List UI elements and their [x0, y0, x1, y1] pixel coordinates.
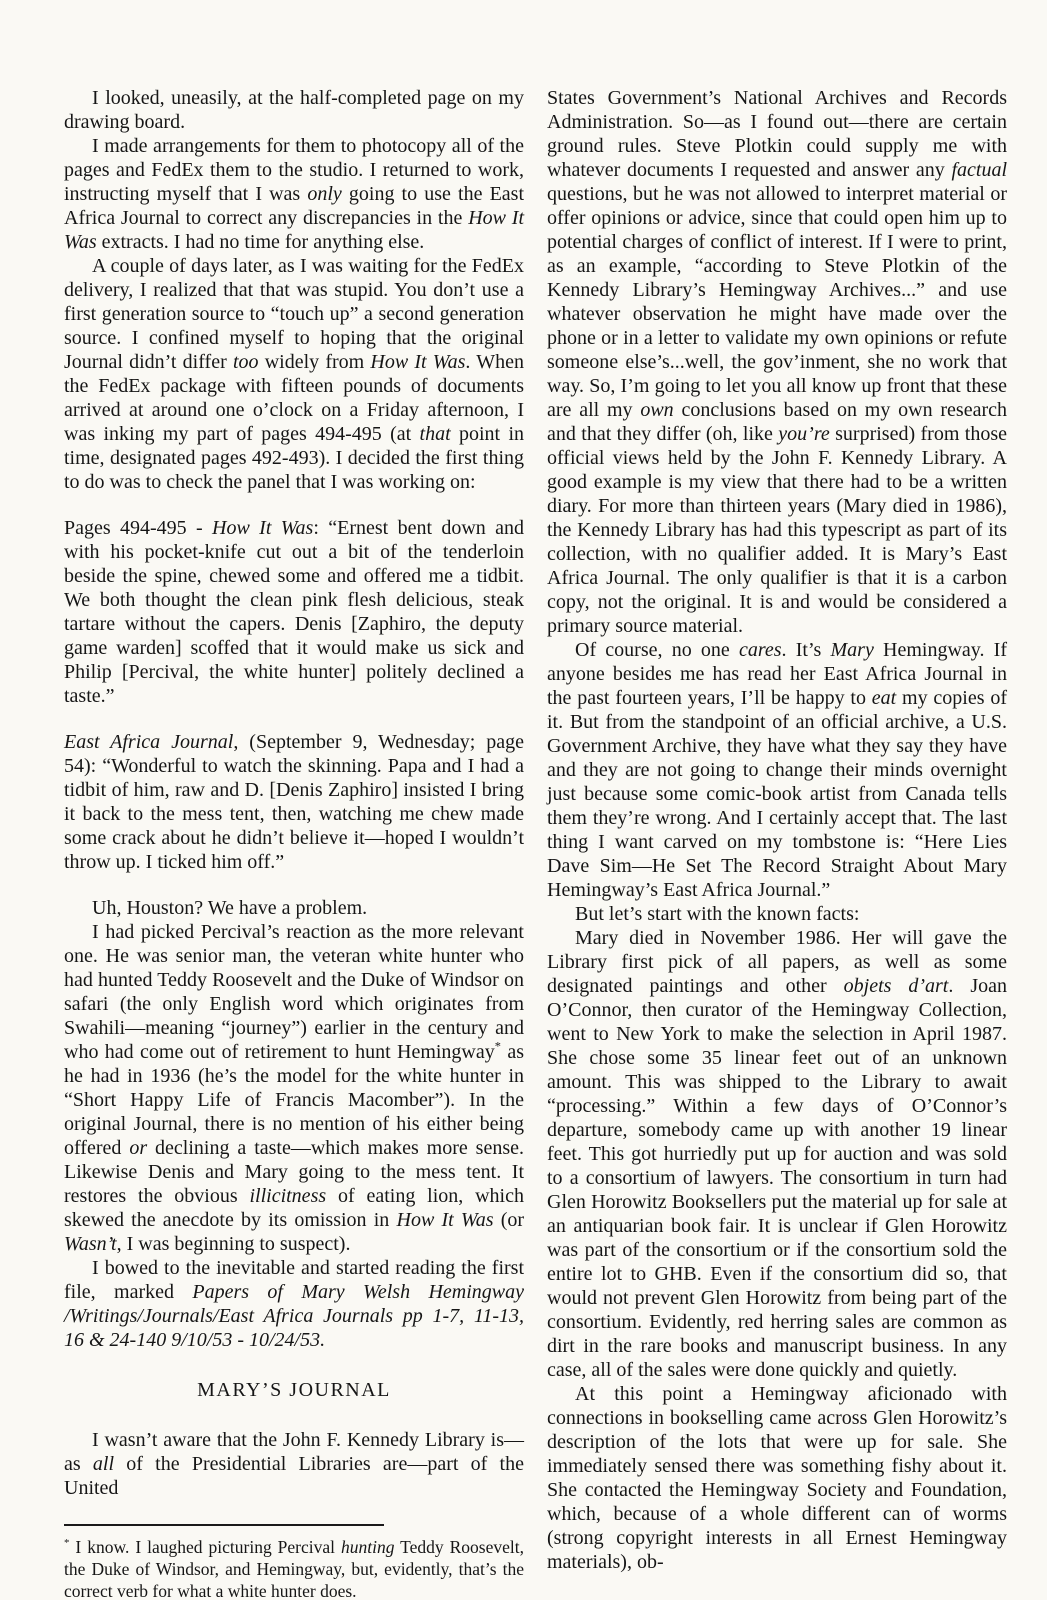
- paragraph: East Africa Journal, (September 9, Wedne…: [64, 730, 524, 874]
- paragraph: States Government’s National Archives an…: [547, 86, 1007, 638]
- paragraph: Of course, no one cares. It’s Mary Hemin…: [547, 638, 1007, 902]
- paragraph: I looked, uneasily, at the half-complete…: [64, 86, 524, 134]
- paragraph: I wasn’t aware that the John F. Kennedy …: [64, 1428, 524, 1500]
- paragraph: I had picked Percival’s reaction as the …: [64, 920, 524, 1256]
- paragraph: A couple of days later, as I was waiting…: [64, 254, 524, 494]
- right-column: States Government’s National Archives an…: [547, 86, 1007, 1574]
- paragraph: Uh, Houston? We have a problem.: [64, 896, 524, 920]
- paragraph: But let’s start with the known facts:: [547, 902, 1007, 926]
- paragraph: I bowed to the inevitable and started re…: [64, 1256, 524, 1352]
- left-column: I looked, uneasily, at the half-complete…: [64, 86, 524, 1600]
- section-heading: MARY’S JOURNAL: [64, 1378, 524, 1402]
- paragraph: Mary died in November 1986. Her will gav…: [547, 926, 1007, 1382]
- paragraph: I made arrangements for them to photocop…: [64, 134, 524, 254]
- paragraph: Pages 494-495 - How It Was: “Ernest bent…: [64, 516, 524, 708]
- footnote-rule: [64, 1524, 384, 1526]
- footnote-text: * I know. I laughed picturing Percival h…: [64, 1536, 524, 1600]
- document-page: I looked, uneasily, at the half-complete…: [0, 0, 1047, 1600]
- paragraph: At this point a Hemingway aficionado wit…: [547, 1382, 1007, 1574]
